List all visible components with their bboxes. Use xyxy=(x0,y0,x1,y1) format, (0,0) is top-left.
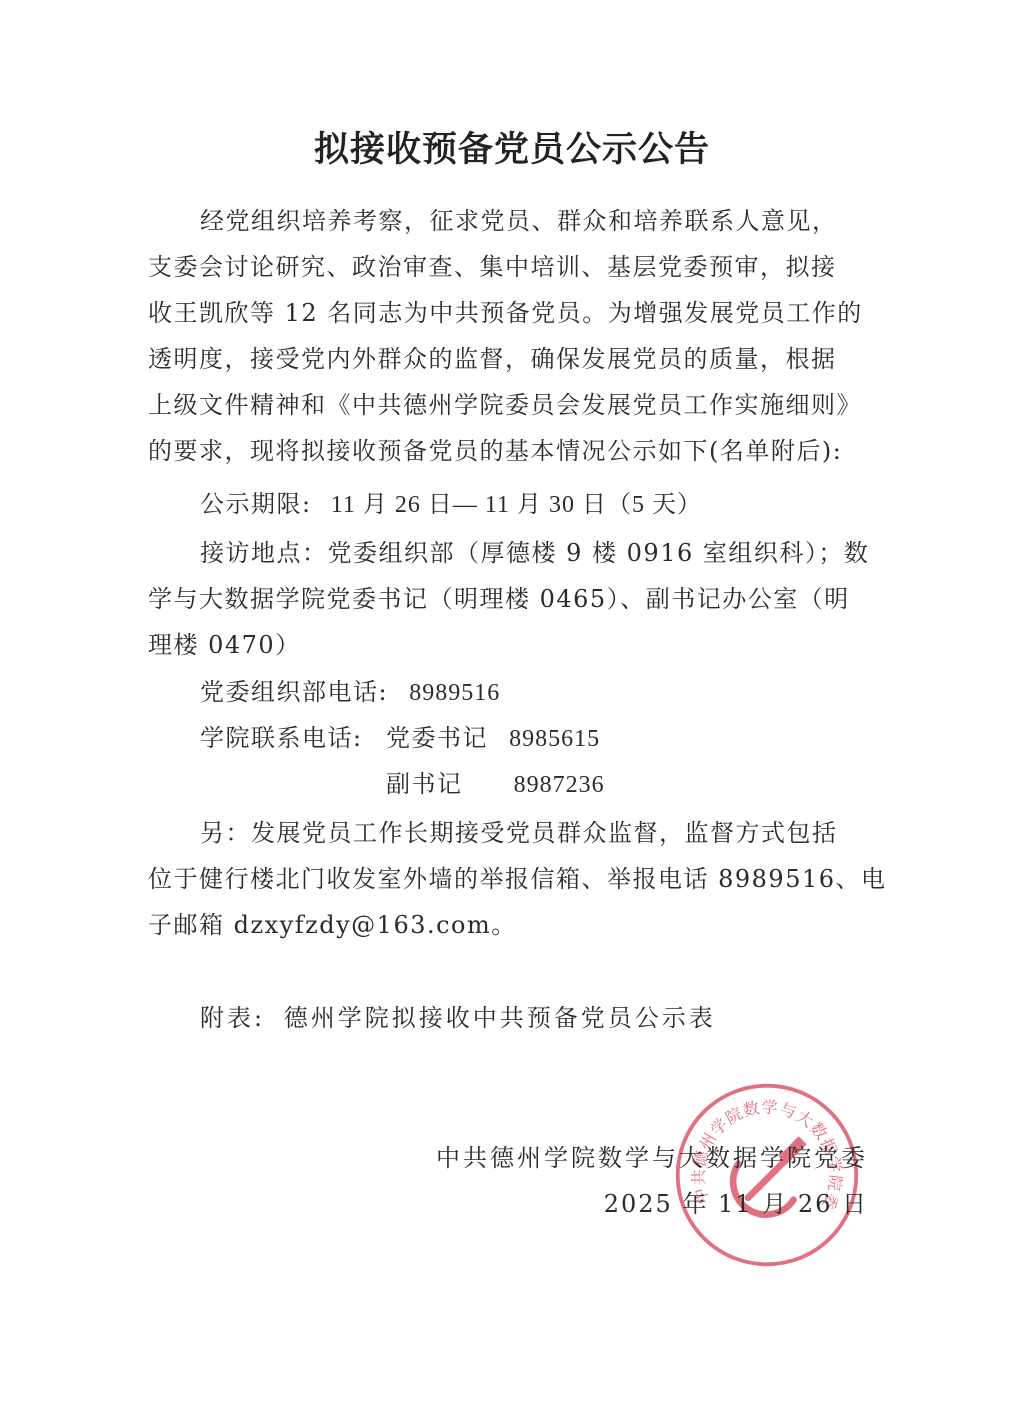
deputy-phone-row: 副书记 8987236 xyxy=(386,764,605,799)
intro-paragraph: 经党组织培养考察，征求党员、群众和培养联系人意见， 支委会讨论研究、政治审查、集… xyxy=(148,198,878,474)
supervision-line: 另：发展党员工作长期接受党员群众监督，监督方式包括 xyxy=(148,810,878,856)
org-dept-phone-row: 党委组织部电话: 8989516 xyxy=(200,672,500,707)
deputy-label: 副书记 xyxy=(386,770,463,798)
intro-line: 透明度，接受党内外群众的监督，确保发展党员的质量，根据 xyxy=(148,336,878,382)
intro-line: 收王凯欣等 12 名同志为中共预备党员。为增强发展党员工作的 xyxy=(148,290,878,336)
reception-line: 学与大数据学院党委书记（明理楼 0465）、副书记办公室（明 xyxy=(148,576,878,622)
document-page: 拟接收预备党员公示公告 经党组织培养考察，征求党员、群众和培养联系人意见， 支委… xyxy=(0,0,1024,1408)
intro-line: 的要求，现将拟接收预备党员的基本情况公示如下(名单附后): xyxy=(148,428,878,474)
intro-line: 上级文件精神和《中共德州学院委员会发展党员工作实施细则》 xyxy=(148,382,878,428)
document-title: 拟接收预备党员公示公告 xyxy=(0,122,1024,172)
intro-line: 经党组织培养考察，征求党员、群众和培养联系人意见， xyxy=(148,198,878,244)
publicity-period-value: 11 月 26 日— 11 月 30 日（5 天） xyxy=(331,492,702,518)
supervision-line: 子邮箱 dzxyfzdy@163.com。 xyxy=(148,902,878,948)
college-phone-label: 学院联系电话: xyxy=(200,724,363,752)
publicity-period: 公示期限: 11 月 26 日— 11 月 30 日（5 天） xyxy=(200,484,702,519)
secretary-phone-row: 党委书记 8985615 xyxy=(386,718,600,753)
attachment-label: 附表: xyxy=(200,1004,265,1032)
attachment-link[interactable]: 德州学院拟接收中共预备党员公示表 xyxy=(284,1004,716,1032)
signature-date: 2025 年 11 月 26 日 xyxy=(604,1184,868,1219)
org-dept-phone-label: 党委组织部电话: xyxy=(200,678,388,706)
reception-location: 接访地点：党委组织部（厚德楼 9 楼 0916 室组织科）；数 学与大数据学院党… xyxy=(148,530,878,668)
official-seal-icon: 中共德州学院数学与大数据学院委员会 xyxy=(672,1080,862,1270)
secretary-label: 党委书记 xyxy=(386,724,488,752)
deputy-phone: 8987236 xyxy=(514,772,605,798)
publicity-period-label: 公示期限: xyxy=(200,490,312,518)
supervision-paragraph: 另：发展党员工作长期接受党员群众监督，监督方式包括 位于健行楼北门收发室外墙的举… xyxy=(148,810,878,948)
org-dept-phone: 8989516 xyxy=(409,680,500,706)
supervision-line: 位于健行楼北门收发室外墙的举报信箱、举报电话 8989516、电 xyxy=(148,856,878,902)
attachment-row: 附表: 德州学院拟接收中共预备党员公示表 xyxy=(200,998,716,1033)
intro-line: 支委会讨论研究、政治审查、集中培训、基层党委预审，拟接 xyxy=(148,244,878,290)
reception-line: 理楼 0470） xyxy=(148,622,878,668)
reception-line: 接访地点：党委组织部（厚德楼 9 楼 0916 室组织科）；数 xyxy=(148,530,878,576)
signature-organization: 中共德州学院数学与大数据学院党委 xyxy=(436,1138,868,1173)
secretary-phone: 8985615 xyxy=(509,726,600,752)
college-phone-row: 学院联系电话: xyxy=(200,718,363,753)
